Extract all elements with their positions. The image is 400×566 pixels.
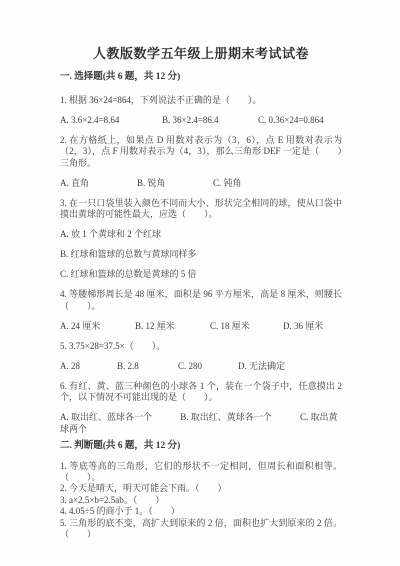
- option-5c: C. 280: [178, 361, 238, 373]
- question-3-text: 3. 在一只口袋里装入颜色不同而大小、形状完全相同的球，使从口袋中摸出黄球的可能…: [60, 198, 342, 221]
- question-1-text: 1. 根据 36×24=864，下列说法不正确的是（ ）。: [60, 95, 342, 107]
- question-4-text: 4. 等腰梯形周长是 48 厘米，面积是 96 平方厘米，高是 8 厘米，则腰长…: [60, 289, 342, 312]
- option-1a: A. 3.6×2.4=8.64: [60, 115, 162, 127]
- judgment-5: 5. 三角形的底不变，高扩大到原来的 2 倍，面积也扩大到原来的 2 倍。（ ）: [60, 518, 342, 541]
- question-4-options: A. 24 厘米 B. 12 厘米 C. 18 厘米 D. 36 厘米: [60, 321, 342, 333]
- option-5a: A. 28: [60, 361, 117, 373]
- option-6a: A. 取出红、蓝球各一个: [60, 412, 152, 422]
- option-3b: B. 红球和篮球的总数与黄球同样多: [60, 249, 342, 261]
- option-3c: C. 红球和篮球的总数是黄球的 5 倍: [60, 269, 342, 281]
- judgment-questions: 1. 等底等高的三角形，它们的形状不一定相同，但周长和面积相等。（ ）。 2. …: [60, 461, 342, 541]
- option-4d: D. 36 厘米: [283, 321, 323, 333]
- judgment-1: 1. 等底等高的三角形，它们的形状不一定相同，但周长和面积相等。（ ）。: [60, 461, 342, 484]
- question-2-text: 2. 在方格纸上，如果点 D 用数对表示为（3，6），点 E 用数对表示为（2，…: [60, 135, 342, 170]
- question-5-text: 5. 3.75×28=37.5×（ ）。: [60, 341, 342, 353]
- option-2b: B. 锐角: [137, 178, 213, 190]
- choice-section-heading: 一. 选择题(共 6 题，共 12 分): [60, 72, 342, 84]
- option-6b: B. 取出红、黄球各一个: [180, 412, 272, 422]
- question-2-options: A. 直角 B. 锐角 C. 钝角: [60, 178, 342, 190]
- exam-page: 人教版数学五年级上册期末考试试卷 一. 选择题(共 6 题，共 12 分) 1.…: [0, 0, 400, 566]
- option-5d: D. 无法确定: [238, 361, 285, 373]
- option-2c: C. 钝角: [213, 178, 242, 190]
- question-6-options: A. 取出红、蓝球各一个 B. 取出红、黄球各一个 C. 取出黄球两个: [60, 412, 342, 435]
- judgment-2: 2. 今天是晴天，明天可能会下雨。（ ）: [60, 483, 342, 494]
- judgment-3: 3. a×2.5×b=2.5ab。（ ）: [60, 495, 342, 506]
- option-5b: B. 2.8: [117, 361, 178, 373]
- question-1-options: A. 3.6×2.4=8.64 B. 36×2.4=86.4 C. 0.36×2…: [60, 115, 342, 127]
- option-1b: B. 36×2.4=86.4: [162, 115, 258, 127]
- option-4b: B. 12 厘米: [135, 321, 210, 333]
- option-1c: C. 0.36×24=0.864: [258, 115, 324, 127]
- option-4c: C. 18 厘米: [210, 321, 283, 333]
- judgment-4: 4. 4.05÷5 的商小于 1。（ ）: [60, 506, 342, 517]
- question-5-options: A. 28 B. 2.8 C. 280 D. 无法确定: [60, 361, 342, 373]
- option-3a: A. 放 1 个黄球和 2 个红球: [60, 229, 342, 241]
- judgment-section-heading: 二. 判断题(共 6 题，共 12 分): [60, 441, 342, 453]
- exam-title: 人教版数学五年级上册期末考试试卷: [60, 46, 342, 62]
- question-6-text: 6. 有红、黄、蓝三种颜色的小球各 1 个，装在一个袋子中，任意摸出 2 个，以…: [60, 381, 342, 404]
- option-2a: A. 直角: [60, 178, 137, 190]
- option-4a: A. 24 厘米: [60, 321, 135, 333]
